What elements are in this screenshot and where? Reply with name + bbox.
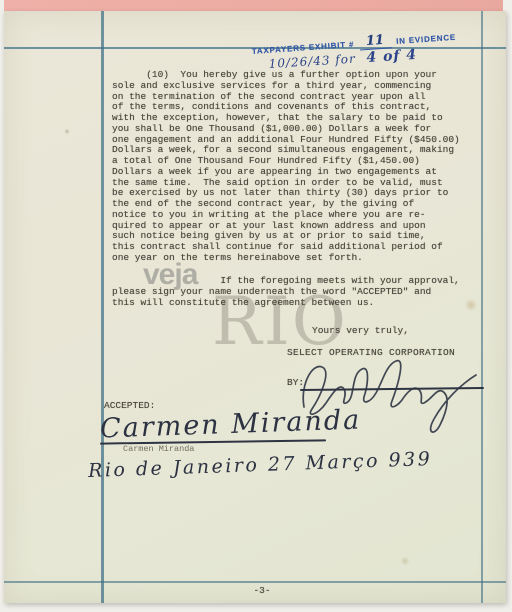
ledger-rule-horizontal-bottom [4,581,506,583]
valediction: Yours very truly, [312,326,409,337]
paper-stain [464,299,478,311]
paper-speck [64,129,70,134]
closing-paragraph: If the foregoing meets with your approva… [112,276,460,308]
performer-typed-name: Carmen Miranda [123,444,194,455]
stamp-label-suffix: IN EVIDENCE [396,33,456,46]
stamp-hand-mark: for [335,52,356,67]
paper-stain [400,557,410,565]
ledger-rule-vertical-left [101,11,104,603]
adjacent-page-edge [4,0,503,11]
page-number: -3- [232,586,292,597]
accepted-label: ACCEPTED: [104,401,155,412]
contract-clause-10: (10) You hereby give us a further option… [112,70,460,264]
ledger-rule-vertical-right [481,11,483,603]
stamp-hand-pages: 4 of 4 [366,47,417,66]
evidence-stamp: TAXPAYERS EXHIBIT # 11 IN EVIDENCE 10/26… [251,27,483,74]
scanned-contract-document: veja RIO TAXPAYERS EXHIBIT # 11 IN EVIDE… [0,0,512,612]
document-page: veja RIO TAXPAYERS EXHIBIT # 11 IN EVIDE… [4,11,506,603]
